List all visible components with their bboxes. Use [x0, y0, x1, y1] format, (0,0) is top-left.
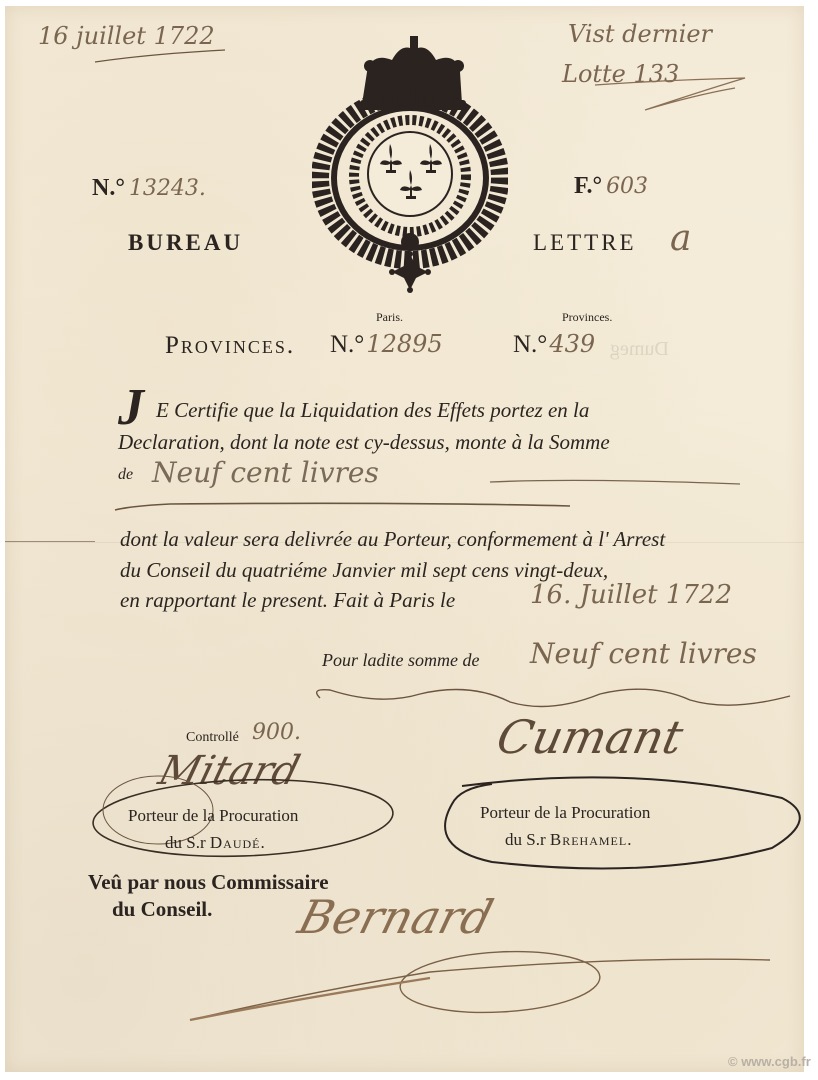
- lettre-value: a: [670, 218, 691, 259]
- sum-label: Pour ladite somme de: [322, 650, 479, 671]
- provinces-number-value: 439: [549, 330, 595, 358]
- paraph-flourish-top-right: [585, 60, 765, 120]
- porteur-right-line-2: du S.r Brehamel.: [505, 830, 632, 850]
- paraph-flourish-bottom: [170, 930, 790, 1030]
- folio-label: F.°603: [574, 173, 648, 200]
- paris-label: Paris.: [376, 310, 403, 325]
- number-value: 13243.: [129, 176, 206, 201]
- porteur-left-name: Daudé.: [210, 833, 266, 852]
- annotation-underline: [90, 40, 230, 70]
- drop-cap: J: [118, 378, 144, 437]
- lettre-label: LETTRE: [533, 230, 637, 256]
- porteur-right-line-1: Porteur de la Procuration: [480, 803, 650, 823]
- ellipse-flourish-right: [432, 768, 812, 878]
- bureau-label: BUREAU: [128, 230, 243, 256]
- porteur-right-name: Brehamel.: [550, 830, 633, 849]
- provinces-number: N.°439: [513, 330, 595, 359]
- annotation-top-right-1: Vist dernier: [568, 20, 712, 48]
- paris-number: N.°12895: [330, 330, 443, 359]
- date-handwritten: 16. Juillet 1722: [530, 580, 732, 610]
- commissaire-line-2: du Conseil.: [112, 897, 212, 922]
- provinces-number-label: N.°: [513, 331, 547, 358]
- certification-line-6: en rapportant le present. Fait à Paris l…: [120, 588, 455, 613]
- porteur-right-prefix: du S.r: [505, 830, 546, 849]
- porteur-left-line-1: Porteur de la Procuration: [128, 806, 298, 826]
- controlle-value: 900.: [252, 720, 301, 745]
- controlle-label: Controllé: [186, 730, 239, 746]
- sum-amount-handwritten: Neuf cent livres: [530, 637, 757, 670]
- number-label: N.°13243.: [92, 175, 206, 202]
- signature-right-upper: Cumant: [492, 710, 687, 764]
- paris-number-label: N.°: [330, 331, 364, 358]
- provinces-caps-label: Provinces.: [165, 332, 295, 360]
- number-label-text: N.°: [92, 175, 125, 201]
- porteur-left-line-2: du S.r Daudé.: [165, 833, 266, 853]
- bleed-through-stamp: Dumeg: [610, 338, 669, 361]
- folio-value: 603: [606, 174, 648, 199]
- watermark: © www.cgb.fr: [728, 1054, 811, 1069]
- certification-line-2: Declaration, dont la note est cy-dessus,…: [118, 430, 610, 455]
- porteur-left-prefix: du S.r: [165, 833, 206, 852]
- provinces-small-label: Provinces.: [562, 310, 612, 325]
- folio-label-text: F.°: [574, 173, 602, 199]
- certification-line-4: dont la valeur sera delivrée au Porteur,…: [120, 527, 665, 552]
- royal-crest-icon: [312, 32, 508, 294]
- certification-line-1: E Certifie que la Liquidation des Effets…: [156, 398, 589, 423]
- amount-fill-lines: [110, 470, 760, 520]
- commissaire-line-1: Veû par nous Commissaire: [88, 870, 329, 895]
- paris-number-value: 12895: [366, 330, 442, 358]
